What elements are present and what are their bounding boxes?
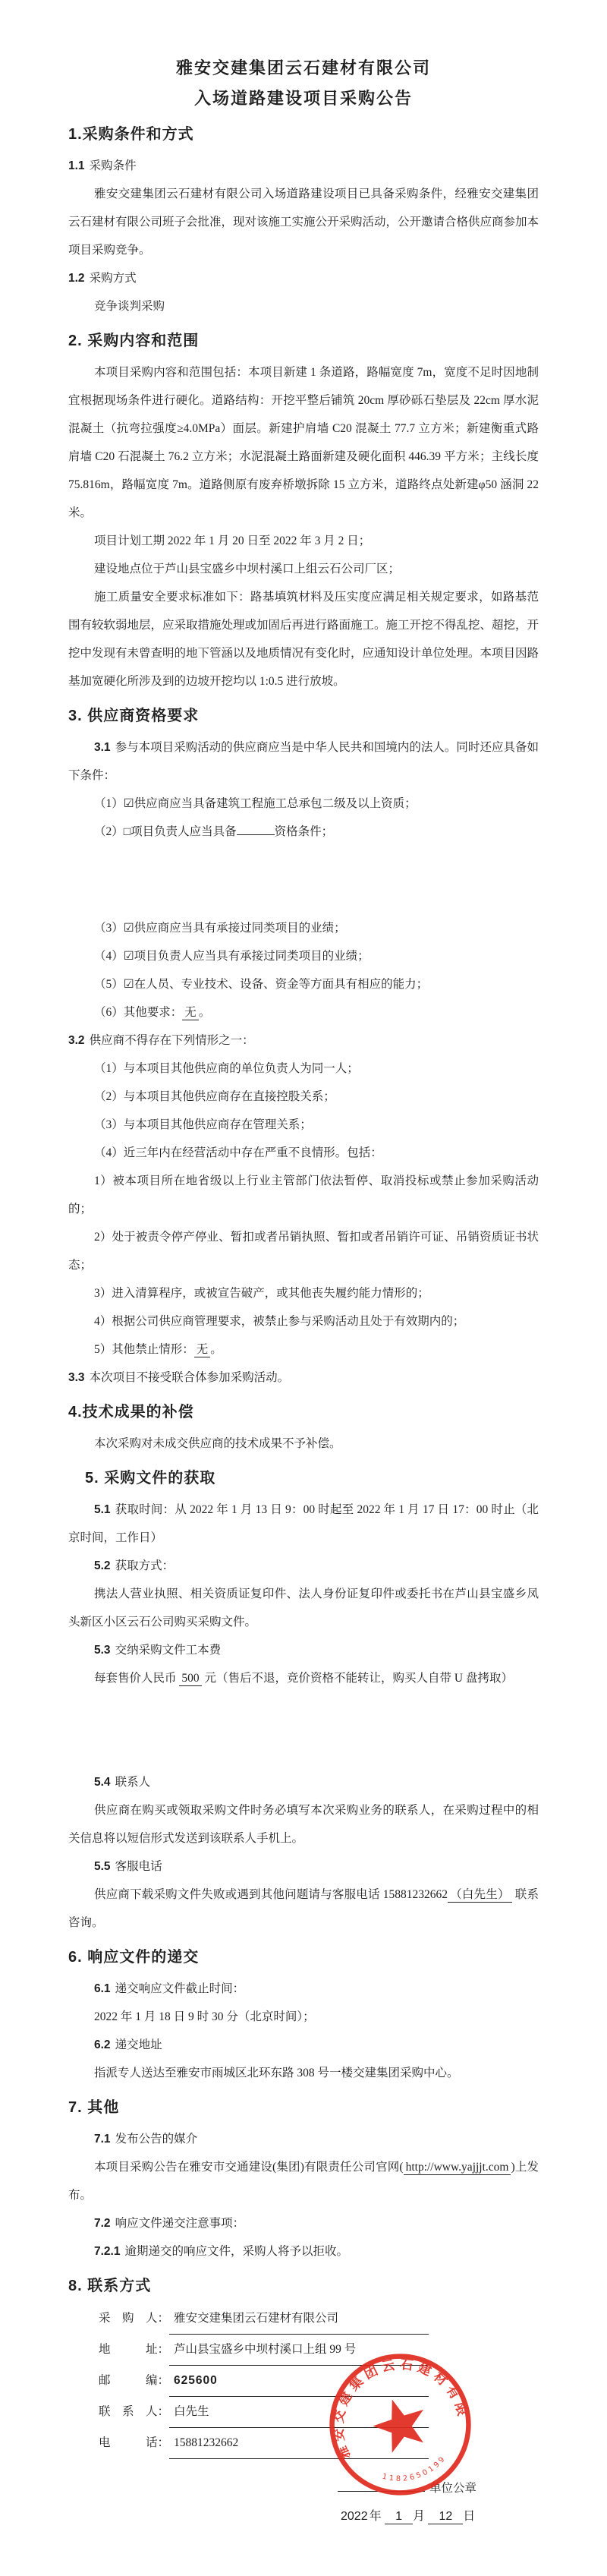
bad-record-item-3: 3）进入清算程序，或被宣告破产，或其他丧失履约能力情形的； [68,1279,539,1307]
contact-label: 电 话： [99,2428,169,2459]
contact-row-person: 联 系 人：白先生 [68,2397,539,2428]
date-year: 2022 [339,2510,370,2523]
date-month: 1 [385,2510,413,2524]
clause-number: 5.2 [94,1559,111,1572]
clause-number: 1.2 [68,272,85,285]
fill-in-blank [237,824,275,835]
clause-7-2: 7.2响应文件递交注意事项： [68,2209,539,2237]
deadline-line: 2022 年 1 月 18 日 9 时 30 分（北京时间）； [68,2003,539,2031]
contact-label: 邮 编： [99,2366,169,2397]
page-title-line1: 雅安交建集团云石建材有限公司 [68,53,539,84]
clause-number: 6.2 [94,2038,111,2051]
company-seal-signature-row: 单位公章 [68,2474,539,2502]
clause-number: 5.1 [94,1503,111,1516]
underlined-value: 无 [182,1006,199,1020]
requirement-item-4: （4）☑项目负责人应当具有承接过同类项目的业绩； [68,942,539,970]
contact-value: 625600 [169,2366,429,2397]
clause-number: 5.3 [94,1644,111,1657]
clause-number: 5.5 [94,1860,111,1873]
clause-5-5: 5.5客服电话 [68,1852,539,1881]
contact-label: 地 址： [99,2335,169,2366]
paragraph-2-quality: 施工质量安全要求标准如下：路基填筑材料及压实度应满足相关规定要求，如路基范围有较… [68,583,539,695]
announcement-date: 2022年 1月 12日 [68,2502,539,2530]
seal-caption: 单位公章 [429,2482,476,2495]
requirement-item-6: （6）其他要求：无。 [68,998,539,1026]
clause-1-2: 1.2采购方式 [68,264,539,292]
bad-record-item-5: 5）其他禁止情形：无。 [68,1335,539,1364]
paragraph-2-schedule: 项目计划工期 2022 年 1 月 20 日至 2022 年 3 月 2 日； [68,527,539,555]
clause-5-4: 5.4联系人 [68,1768,539,1796]
section-2-heading: 2. 采购内容和范围 [68,329,539,352]
section-1-heading: 1.采购条件和方式 [68,123,539,146]
section-6-heading: 6. 响应文件的递交 [68,1946,539,1969]
clause-6-1: 6.1递交响应文件截止时间： [68,1975,539,2003]
paragraph-2-location: 建设地点位于芦山县宝盛乡中坝村溪口上组云石公司厂区； [68,555,539,583]
clause-text: 供应商不得存在下列情形之一： [90,1034,254,1047]
prohibited-item-2: （2）与本项目其他供应商存在直接控股关系； [68,1083,539,1111]
clause-number: 7.2.1 [94,2245,120,2258]
paragraph-2-scope: 本项目采购内容和范围包括：本项目新建 1 条道路，路幅宽度 7m，宽度不足时因地… [68,358,539,527]
clause-1-1: 1.1采购条件 [68,152,539,180]
clause-number: 3.3 [68,1371,85,1384]
contact-value: 雅安交建集团云石建材有限公司 [169,2303,429,2335]
contact-row-purchaser: 采 购 人：雅安交建集团云石建材有限公司 [68,2303,539,2335]
clause-5-3: 5.3交纳采购文件工本费 [68,1636,539,1664]
section-3-heading: 3. 供应商资格要求 [68,705,539,727]
clause-text: 响应文件递交注意事项： [115,2217,245,2230]
bad-record-item-1: 1）被本项目所在地省级以上行业主管部门依法暂停、取消投标或禁止参加采购活动的； [68,1167,539,1223]
document-content: 雅安交建集团云石建材有限公司 入场道路建设项目采购公告 1.采购条件和方式 1.… [0,0,607,2530]
clause-text: 参与本项目采购活动的供应商应当是中华人民共和国境内的法人。同时还应具备如下条件： [68,741,539,782]
contact-row-postcode: 邮 编：625600 [68,2366,539,2397]
bad-record-item-4: 4）根据公司供应商管理要求，被禁止参与采购活动且处于有效期内的； [68,1307,539,1335]
signature-line [338,2480,425,2492]
clause-number: 6.1 [94,1982,111,1995]
clause-3-3: 3.3本次项目不接受联合体参加采购活动。 [68,1364,539,1392]
contact-label: 联 系 人： [99,2397,169,2428]
paragraph-5-4: 供应商在购买或领取采购文件时务必填写本次采购业务的联系人，在采购过程中的相关信息… [68,1796,539,1852]
clause-text: 递交地址 [115,2038,162,2051]
requirement-item-3: （3）☑供应商应当具有承接过同类项目的业绩； [68,914,539,942]
clause-6-2: 6.2递交地址 [68,2031,539,2059]
service-phone-line: 供应商下载采购文件失败或遇到其他问题请与客服电话 15881232662（白先生… [68,1881,539,1937]
clause-text: 联系人 [115,1776,151,1789]
contact-value: 芦山县宝盛乡中坝村溪口上组 99 号 [169,2335,429,2366]
requirement-item-5: （5）☑在人员、专业技术、设备、资金等方面具有相应的能力； [68,970,539,998]
clause-text: 发布公告的媒介 [115,2133,198,2146]
contact-value: 15881232662 [169,2428,429,2459]
clause-7-1: 7.1发布公告的媒介 [68,2125,539,2153]
contact-label: 采 购 人： [99,2303,169,2335]
procurement-announcement-document: 雅安交建集团云石建材有限公司 入场道路建设项目采购公告 1.采购条件和方式 1.… [0,0,607,2576]
contact-row-address: 地 址：芦山县宝盛乡中坝村溪口上组 99 号 [68,2335,539,2366]
page-title-line2: 入场道路建设项目采购公告 [68,84,539,114]
section-7-heading: 7. 其他 [68,2096,539,2119]
prohibited-item-1: （1）与本项目其他供应商的单位负责人为同一人； [68,1055,539,1083]
fee-amount: 500 [179,1672,201,1686]
clause-number: 1.1 [68,159,85,172]
clause-number: 7.1 [94,2133,111,2146]
section-5-heading: 5. 采购文件的获取 [68,1467,539,1490]
page-break-gap [68,1692,539,1768]
clause-text: 本次项目不接受联合体参加采购活动。 [90,1371,290,1384]
paragraph-1-1: 雅安交建集团云石建材有限公司入场道路建设项目已具备采购条件，经雅安交建集团云石建… [68,180,539,264]
clause-text: 采购方式 [90,272,137,285]
clause-7-2-1: 7.2.1逾期递交的响应文件，采购人将予以拒收。 [68,2237,539,2265]
clause-5-1: 5.1获取时间：从 2022 年 1 月 13 日 9：00 时起至 2022 … [68,1496,539,1552]
clause-3-1: 3.1参与本项目采购活动的供应商应当是中华人民共和国境内的法人。同时还应具备如下… [68,733,539,790]
clause-number: 5.4 [94,1776,111,1789]
website-url: http://www.yajjjt.com [404,2161,511,2175]
publish-media-line: 本项目采购公告在雅安市交通建设(集团)有限责任公司官网(http://www.y… [68,2153,539,2209]
paragraph-1-2: 竞争谈判采购 [68,292,539,320]
contact-value: 白先生 [169,2397,429,2428]
contact-person-inline: （白先生） [448,1888,512,1903]
clause-text: 获取时间：从 2022 年 1 月 13 日 9：00 时起至 2022 年 1… [68,1503,539,1544]
paragraph-5-2: 携法人营业执照、相关资质证复印件、法人身份证复印件或委托书在芦山县宝盛乡凤头新区… [68,1580,539,1636]
clause-number: 3.1 [94,741,111,754]
requirement-item-1: （1）☑供应商应当具备建筑工程施工总承包二级及以上资质； [68,790,539,818]
contact-row-phone: 电 话：15881232662 [68,2428,539,2459]
clause-text: 逾期递交的响应文件，采购人将予以拒收。 [124,2245,348,2258]
clause-5-2: 5.2获取方式： [68,1552,539,1580]
document-fee-line: 每套售价人民币 500 元（售后不退，竞价资格不能转让，购买人自带 U 盘拷取） [68,1664,539,1692]
underlined-value: 无 [194,1343,211,1357]
section-4-heading: 4.技术成果的补偿 [68,1401,539,1424]
section-8-contact: 8. 联系方式 采 购 人：雅安交建集团云石建材有限公司 地 址：芦山县宝盛乡中… [68,2275,539,2530]
clause-text: 交纳采购文件工本费 [115,1644,222,1657]
section-8-heading: 8. 联系方式 [68,2275,539,2297]
delivery-address-line: 指派专人送达至雅安市雨城区北环东路 308 号一楼交建集团采购中心。 [68,2059,539,2087]
clause-text: 采购条件 [90,159,137,172]
clause-number: 7.2 [94,2217,111,2230]
clause-text: 递交响应文件截止时间： [115,1982,245,1995]
page-break-gap [68,846,539,914]
prohibited-item-4: （4）近三年内在经营活动中存在严重不良情形。包括： [68,1139,539,1167]
prohibited-item-3: （3）与本项目其他供应商存在管理关系； [68,1111,539,1139]
clause-number: 3.2 [68,1034,85,1047]
bad-record-item-2: 2）处于被责令停产停业、暂扣或者吊销执照、暂扣或者吊销许可证、吊销资质证书状态； [68,1223,539,1279]
clause-text: 客服电话 [115,1860,162,1873]
requirement-item-2: （2）□项目负责人应当具备资格条件； [68,818,539,846]
clause-3-2: 3.2供应商不得存在下列情形之一： [68,1026,539,1055]
paragraph-4-compensation: 本次采购对未成交供应商的技术成果不予补偿。 [68,1430,539,1458]
clause-text: 获取方式： [115,1559,175,1572]
date-day: 12 [428,2510,463,2524]
